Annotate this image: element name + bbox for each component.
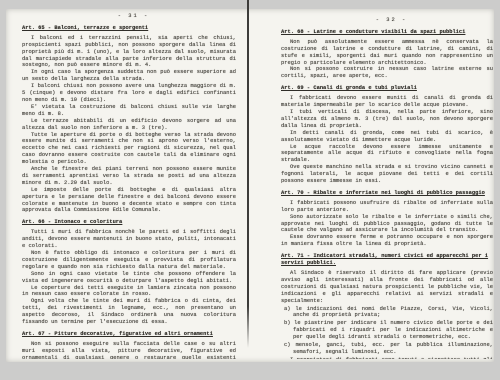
paragraph: I proprietari di fabbricati sono tenuti … [281,357,493,359]
paragraph: Esse dovranno essere ferme e potranno oc… [281,234,493,248]
paragraph: Non si possono costruire in nessun caso … [281,66,493,80]
list-item: b) le piastrine per indicare il numero c… [281,320,493,341]
paragraph: In detti canali di gronda, come nei tubi… [281,130,493,144]
page-number: - 31 - [22,13,236,20]
article-heading: Art. 68 - Latrine e condutture visibili … [281,29,493,36]
paragraph: Sono in ogni caso vietate le tinte che p… [22,271,236,285]
paragraph: Le imposte delle porte di botteghe e di … [22,187,236,215]
page-left: - 31 - Art. 65 - Balconi, terrazze e spo… [22,13,236,359]
paragraph: In ogni caso la sporgenza suddetta non p… [22,69,236,83]
paragraph: Non è fatto obbligo di intonaco e colori… [22,250,236,271]
article-heading: Art. 71 - Indicatori stradali, numeri ci… [281,253,493,267]
paragraph: Sono autorizzate solo le ribalte e le in… [281,214,493,235]
article-heading: Art. 69 - Canali di gronda e tubi pluvia… [281,85,493,92]
paragraph: Ogni volta che le tinte dei muri di fabb… [22,298,236,326]
paragraph: Le coperture dei tetti eseguite in lamie… [22,285,236,299]
paragraph: I fabbricati possono usufruire di ribalt… [281,200,493,214]
article-heading: Art. 65 - Balconi, terrazze e sporgenti [22,25,236,32]
paragraph: Le terrazze abitabili di un edificio dev… [22,118,236,132]
paragraph: Non si possono eseguire sulla facciata d… [22,341,236,359]
article-heading: Art. 67 - Pitture decorative, figurative… [22,331,236,338]
paragraph: I balconi chiusi non possono avere una l… [22,83,236,104]
page-gutter-line [247,0,249,348]
paragraph: Anche le finestre dei piani terreni non … [22,166,236,187]
paragraph: Ove queste manchino nella strada e si tr… [281,164,493,185]
page-number: - 32 - [281,17,493,24]
paragraph: I fabbricati devono essere muniti di can… [281,95,493,109]
paragraph: I tubi verticali di discesa, nella parte… [281,109,493,130]
paragraph: Non può assolutamente essere ammessa nè … [281,39,493,67]
paragraph: E' vietata la costruzione di balconi chi… [22,104,236,118]
list-item: a) le indicazioni dei nomi delle Piazze,… [281,306,493,320]
paragraph: Tutte le aperture di porte o di botteghe… [22,132,236,167]
article-heading: Art. 70 - Ribalte e inferriate nei luogh… [281,190,493,197]
paragraph: I balconi ed i terrazzini pensili, sia a… [22,35,236,70]
paragraph: Tutti i muri di fabbrica nonchè le paret… [22,229,236,250]
scanned-document: - 31 - Art. 65 - Balconi, terrazze e spo… [0,0,500,380]
list-item: c) mensole, ganci, tubi, ecc. per la pub… [281,342,493,356]
page-right: - 32 - Art. 68 - Latrine e condutture vi… [281,17,493,359]
article-heading: Art. 66 - Intonaco e coloritura [22,219,236,226]
paragraph: Le acque raccolte devono essere immesse … [281,144,493,165]
paragraph: Al Sindaco è riservato il diritto di far… [281,270,493,305]
